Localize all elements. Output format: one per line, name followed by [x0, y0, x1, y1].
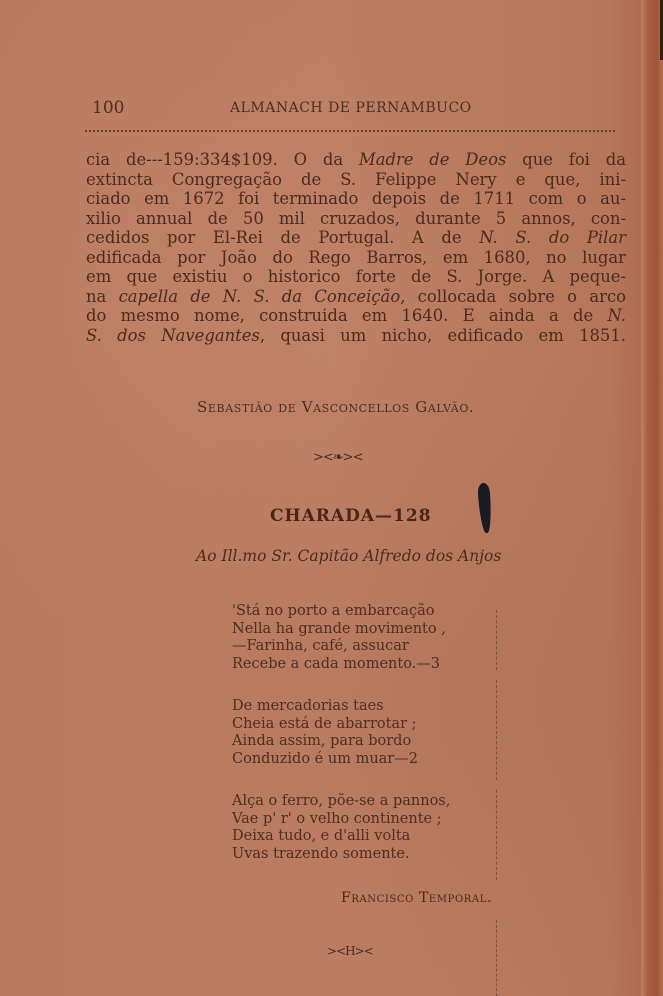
verse: Cheia está de abarrotar ; — [232, 716, 418, 734]
prose-line: do mesmo nome, construida em 1640. E ain… — [86, 306, 626, 326]
stanza-3: Alça o ferro, põe-se a pannos, Vae p' r'… — [232, 793, 450, 863]
crease-mark — [496, 680, 497, 780]
verse: Recebe a cada momento.—3 — [232, 656, 446, 674]
italic-run: N. S. do Pilar — [479, 228, 626, 247]
prose-line: S. dos Navegantes, quasi um nicho, edifi… — [86, 326, 626, 346]
header-dotted-rule — [85, 130, 615, 132]
italic-run: Madre de Deos — [359, 150, 507, 169]
text-run: extincta Congregação de S. Felippe Nery … — [86, 170, 626, 189]
verse: Deixa tudo, e d'alli volta — [232, 828, 450, 846]
ornament-divider-icon: ><❧>< — [313, 450, 362, 465]
text-run: em que existiu o historico forte de S. J… — [86, 267, 626, 286]
italic-run: S. dos Navegantes — [86, 326, 260, 345]
text-run: , quasi um nicho, edificado em 1851. — [260, 326, 626, 345]
prose-line: em que existiu o historico forte de S. J… — [86, 267, 626, 287]
crease-mark — [496, 610, 497, 670]
author-signature-1: Sebastião de Vasconcellos Galvão. — [197, 398, 474, 416]
running-head: 100 ALMANACH DE PERNAMBUCO — [80, 98, 620, 118]
verse: —Farinha, café, assucar — [232, 638, 446, 656]
prose-line: extincta Congregação de S. Felippe Nery … — [86, 170, 626, 190]
text-run: xilio annual de 50 mil cruzados, durante… — [86, 209, 626, 228]
verse: Conduzido é um muar—2 — [232, 751, 418, 769]
text-run: ciado em 1672 foi terminado depois de 17… — [86, 189, 626, 208]
verse: Alça o ferro, põe-se a pannos, — [232, 793, 450, 811]
prose-line: cedidos por El-Rei de Portugal. A de N. … — [86, 228, 626, 248]
verse: 'Stá no porto a embarcação — [232, 603, 446, 621]
prose-line: xilio annual de 50 mil cruzados, durante… — [86, 209, 626, 229]
verse: Vae p' r' o velho continente ; — [232, 811, 450, 829]
text-run: cia de---159:334$109. O da — [86, 150, 359, 169]
text-run: que foi da — [506, 150, 626, 169]
italic-run: N. — [607, 306, 626, 325]
stanza-1: 'Stá no porto a embarcação Nella ha gran… — [232, 603, 446, 673]
charade-dedication: Ao Ill.mo Sr. Capitão Alfredo dos Anjos — [196, 547, 501, 565]
verse: Nella ha grande movimento , — [232, 621, 446, 639]
almanac-page: 100 ALMANACH DE PERNAMBUCO cia de---159:… — [0, 0, 663, 996]
ink-blot-mark — [477, 483, 492, 534]
text-run: na — [86, 287, 119, 306]
prose-paragraph: cia de---159:334$109. O da Madre de Deos… — [86, 150, 626, 345]
italic-run: capella de N. S. da Conceição — [119, 287, 401, 306]
page-number: 100 — [92, 98, 124, 118]
prose-line: edificada por João do Rego Barros, em 16… — [86, 248, 626, 268]
text-run: , collocada sobre o arco — [400, 287, 626, 306]
text-run: do mesmo nome, construida em 1640. E ain… — [86, 306, 607, 325]
prose-line: na capella de N. S. da Conceição, colloc… — [86, 287, 626, 307]
verse: De mercadorias taes — [232, 698, 418, 716]
stanza-2: De mercadorias taes Cheia está de abarro… — [232, 698, 418, 768]
prose-line: cia de---159:334$109. O da Madre de Deos… — [86, 150, 626, 170]
text-run: cedidos por El-Rei de Portugal. A de — [86, 228, 479, 247]
text-run: edificada por João do Rego Barros, em 16… — [86, 248, 626, 267]
verse: Uvas trazendo somente. — [232, 846, 450, 864]
crease-mark — [496, 790, 497, 880]
verse: Ainda assim, para bordo — [232, 733, 418, 751]
page-edge-strip — [641, 0, 663, 996]
ornament-divider-icon: ><H>< — [327, 944, 373, 958]
prose-line: ciado em 1672 foi terminado depois de 17… — [86, 189, 626, 209]
crease-mark — [496, 920, 497, 996]
author-signature-2: Francisco Temporal. — [341, 890, 492, 906]
charade-title: CHARADA—128 — [270, 506, 432, 526]
running-title: ALMANACH DE PERNAMBUCO — [230, 100, 472, 116]
